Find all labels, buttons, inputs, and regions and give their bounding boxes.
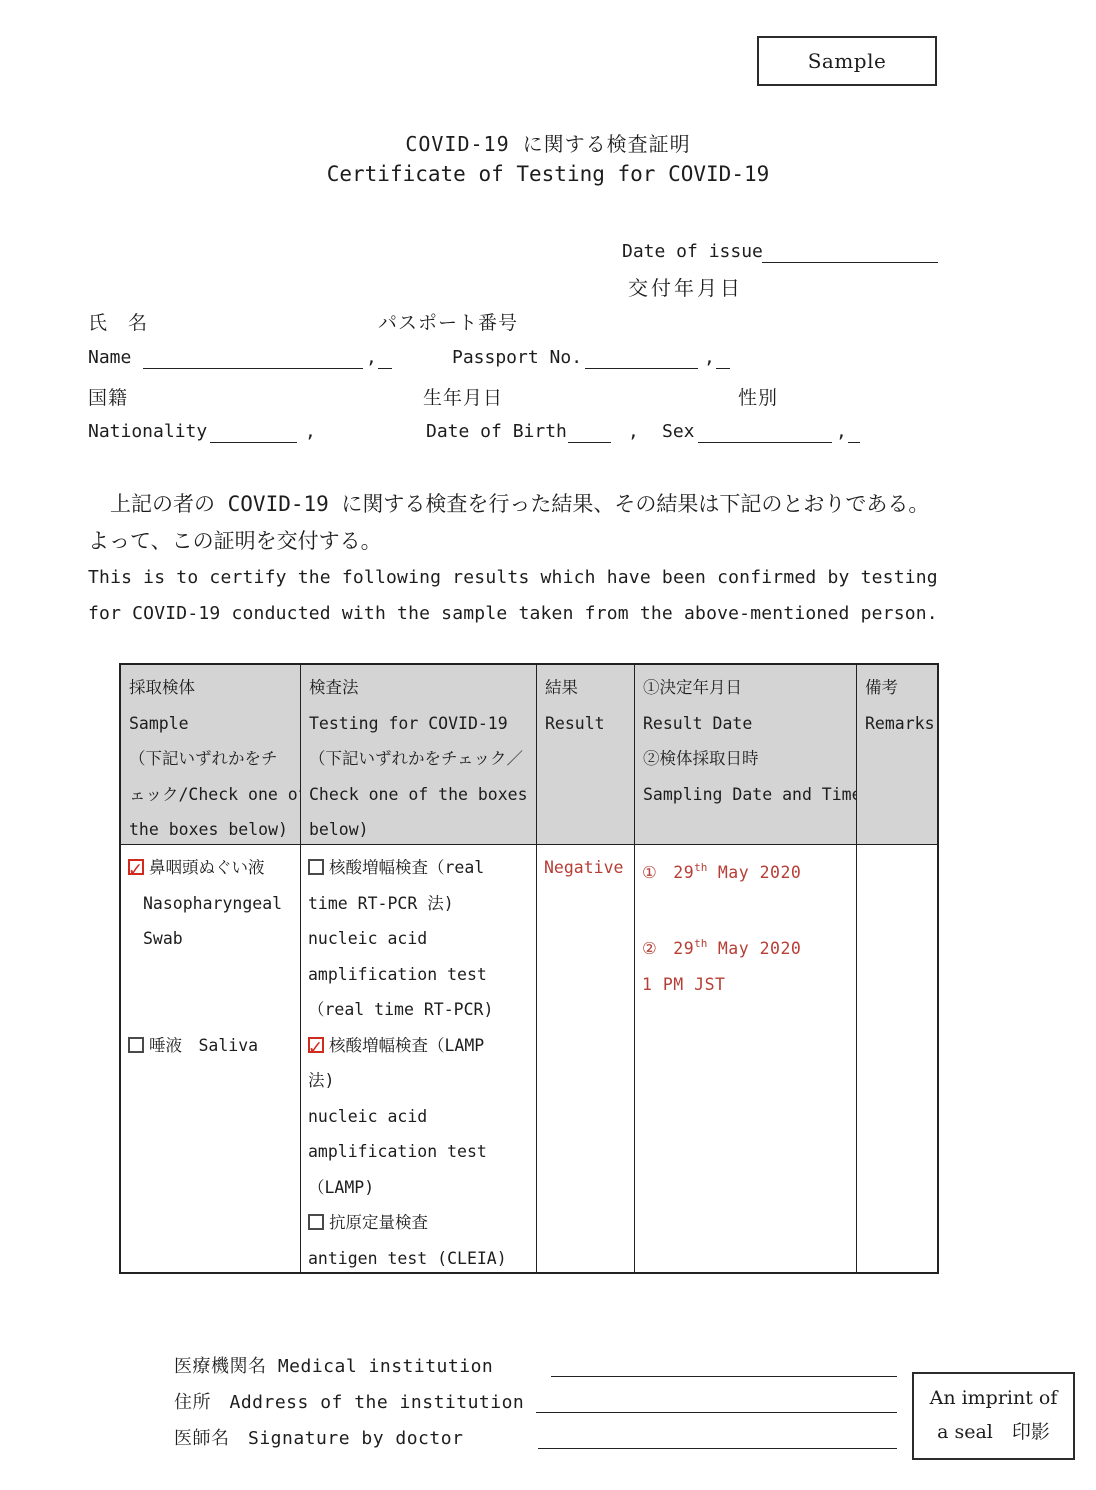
birth-label-jp: 生年月日 [423,383,503,410]
medical-institution-label: 医療機関名 Medical institution [174,1352,493,1378]
birth-field[interactable] [568,442,611,443]
testing-cell: 核酸増幅検査（real time RT-PCR 法) nucleic acid … [301,845,536,1276]
sample-option-nasopharyngeal: 鼻咽頭ぬぐい液 [128,850,293,886]
statement-jp-line2: よって、この証明を交付する。 [88,523,960,560]
dates-header-jp2: ②検体採取日時 [643,742,848,778]
institution-address-field[interactable] [536,1412,897,1413]
seal-text-line2: a seal 印影 [914,1415,1073,1449]
result-date-rest: May 2020 [718,863,801,882]
testing-header-en: Testing for COVID-19 [309,707,528,743]
nationality-label-jp: 国籍 [88,383,128,410]
circled-two-icon: ② [642,939,657,958]
nationality-field[interactable] [210,442,297,443]
sampling-date-ordinal: th [694,937,707,950]
antigen-line1: 抗原定量検査 [329,1213,428,1232]
results-table: 採取検体 Sample （下記いずれかをチ ェック/Check one of t… [119,663,939,1274]
passport-comma: , [704,347,715,368]
sample-header-note3: the boxes below) [129,813,292,849]
dates-header-en1: Result Date [643,707,848,743]
result-date-ordinal: th [694,861,707,874]
column-testing: 検査法 Testing for COVID-19 （下記いずれかをチェック／ C… [300,665,536,1272]
birth-label-en: Date of Birth [426,421,567,442]
doctor-signature-field[interactable] [538,1448,897,1449]
test-option-rtpcr: 核酸増幅検査（real [308,850,529,886]
statement-en-line2: for COVID-19 conducted with the sample t… [88,596,960,632]
certificate-page: { "page": { "sample_tag": "Sample", "tit… [0,0,1096,1490]
rtpcr-line1: 核酸増幅検査（real [329,858,484,877]
sampling-date-rest: May 2020 [718,939,801,958]
testing-header-note3: below) [309,813,528,849]
dates-header-jp1: ①決定年月日 [643,671,848,707]
sex-comma: , [836,421,847,442]
nasopharyngeal-label-en1: Nasopharyngeal [128,886,293,922]
result-cell: Negative [537,845,634,1272]
checked-checkbox-icon[interactable] [308,1037,324,1053]
test-option-lamp: 核酸増幅検査（LAMP [308,1028,529,1064]
name-label-jp: 氏 名 [88,308,148,335]
statement-en-line1: This is to certify the following results… [88,560,960,596]
result-date-day: 29 [673,863,694,882]
lamp-line5: （LAMP) [308,1170,529,1206]
antigen-line2: antigen test (CLEIA) [308,1241,529,1277]
nationality-comma: , [305,421,316,442]
institution-address-label: 住所 Address of the institution [174,1388,524,1414]
blank-line [128,992,293,1028]
checked-checkbox-icon[interactable] [128,859,144,875]
column-result: 結果 Result Negative [536,665,634,1272]
document-title-en: Certificate of Testing for COVID-19 [0,162,1096,186]
result-header-jp: 結果 [545,671,626,707]
passport-field-stub[interactable] [716,368,730,369]
passport-label-jp: パスポート番号 [378,308,518,335]
sampling-date-day: 29 [673,939,694,958]
unchecked-checkbox-icon[interactable] [308,859,324,875]
saliva-label: 唾液 Saliva [149,1036,258,1055]
birth-comma: , [628,421,639,442]
name-field-stub[interactable] [378,368,392,369]
blank-line [128,957,293,993]
test-option-antigen: 抗原定量検査 [308,1205,529,1241]
result-header-en: Result [545,707,626,743]
sample-column-header: 採取検体 Sample （下記いずれかをチ ェック/Check one of t… [121,665,300,845]
name-comma: , [366,347,377,368]
nationality-label-en: Nationality [88,421,207,442]
passport-field[interactable] [585,368,698,369]
seal-text-line1: An imprint of [914,1381,1073,1415]
dates-cell: ①29th May 2020 ②29th May 2020 1 PM JST [635,845,856,1272]
dates-column-header: ①決定年月日 Result Date ②検体採取日時 Sampling Date… [635,665,856,845]
remarks-column-header: 備考 Remarks [857,665,937,845]
date-of-issue-label-jp: 交付年月日 [628,272,743,301]
date-of-issue-label: Date of issue [622,241,763,262]
doctor-signature-label: 医師名 Signature by doctor [174,1424,463,1450]
nasopharyngeal-label-jp: 鼻咽頭ぬぐい液 [149,858,265,877]
result-column-header: 結果 Result [537,665,634,845]
blank-line [642,891,849,927]
testing-header-note1: （下記いずれかをチェック／ [309,742,528,778]
remarks-cell [857,845,937,1272]
column-sample: 採取検体 Sample （下記いずれかをチ ェック/Check one of t… [121,665,300,1272]
result-date-value: ①29th May 2020 [642,850,849,891]
testing-header-jp: 検査法 [309,671,528,707]
name-label-en: Name [88,347,131,368]
lamp-line4: amplification test [308,1134,529,1170]
unchecked-checkbox-icon[interactable] [308,1214,324,1230]
lamp-line3: nucleic acid [308,1099,529,1135]
date-of-issue-field[interactable] [762,262,938,263]
column-remarks: 備考 Remarks [856,665,937,1272]
sample-watermark-box: Sample [757,36,937,86]
rtpcr-line3: nucleic acid [308,921,529,957]
sample-header-en: Sample [129,707,292,743]
circled-one-icon: ① [642,863,657,882]
statement-jp-line1: 上記の者の COVID-19 に関する検査を行った結果、その結果は下記のとおりで… [88,486,960,523]
document-title-jp: COVID-19 に関する検査証明 [0,128,1096,157]
unchecked-checkbox-icon[interactable] [128,1037,144,1053]
sample-option-saliva: 唾液 Saliva [128,1028,293,1064]
rtpcr-line2: time RT-PCR 法) [308,886,529,922]
dates-header-en2: Sampling Date and Time [643,778,848,814]
name-field[interactable] [143,368,363,369]
sample-header-note1: （下記いずれかをチ [129,742,292,778]
sampling-date-value: ②29th May 2020 [642,926,849,967]
sample-cell: 鼻咽頭ぬぐい液 Nasopharyngeal Swab 唾液 Saliva [121,845,300,1272]
certification-statement: 上記の者の COVID-19 に関する検査を行った結果、その結果は下記のとおりで… [88,486,960,632]
sex-field-stub[interactable] [848,442,860,443]
remarks-header-en: Remarks [865,707,929,743]
result-value: Negative [544,850,627,886]
lamp-line1: 核酸増幅検査（LAMP [329,1036,484,1055]
column-dates: ①決定年月日 Result Date ②検体採取日時 Sampling Date… [634,665,856,1272]
testing-header-note2: Check one of the boxes [309,778,528,814]
sampling-time-value: 1 PM JST [642,967,849,1003]
seal-imprint-box: An imprint of a seal 印影 [912,1372,1075,1460]
rtpcr-line5: （real time RT-PCR) [308,992,529,1028]
sex-label-jp: 性別 [738,383,778,410]
rtpcr-line4: amplification test [308,957,529,993]
nasopharyngeal-label-en2: Swab [128,921,293,957]
sample-header-jp: 採取検体 [129,671,292,707]
sex-field[interactable] [698,442,832,443]
medical-institution-field[interactable] [551,1376,897,1377]
testing-column-header: 検査法 Testing for COVID-19 （下記いずれかをチェック／ C… [301,665,536,845]
sample-header-note2: ェック/Check one of [129,778,292,814]
passport-label-en: Passport No. [452,347,582,368]
lamp-line2: 法) [308,1063,529,1099]
remarks-header-jp: 備考 [865,671,929,707]
sex-label-en: Sex [662,421,695,442]
